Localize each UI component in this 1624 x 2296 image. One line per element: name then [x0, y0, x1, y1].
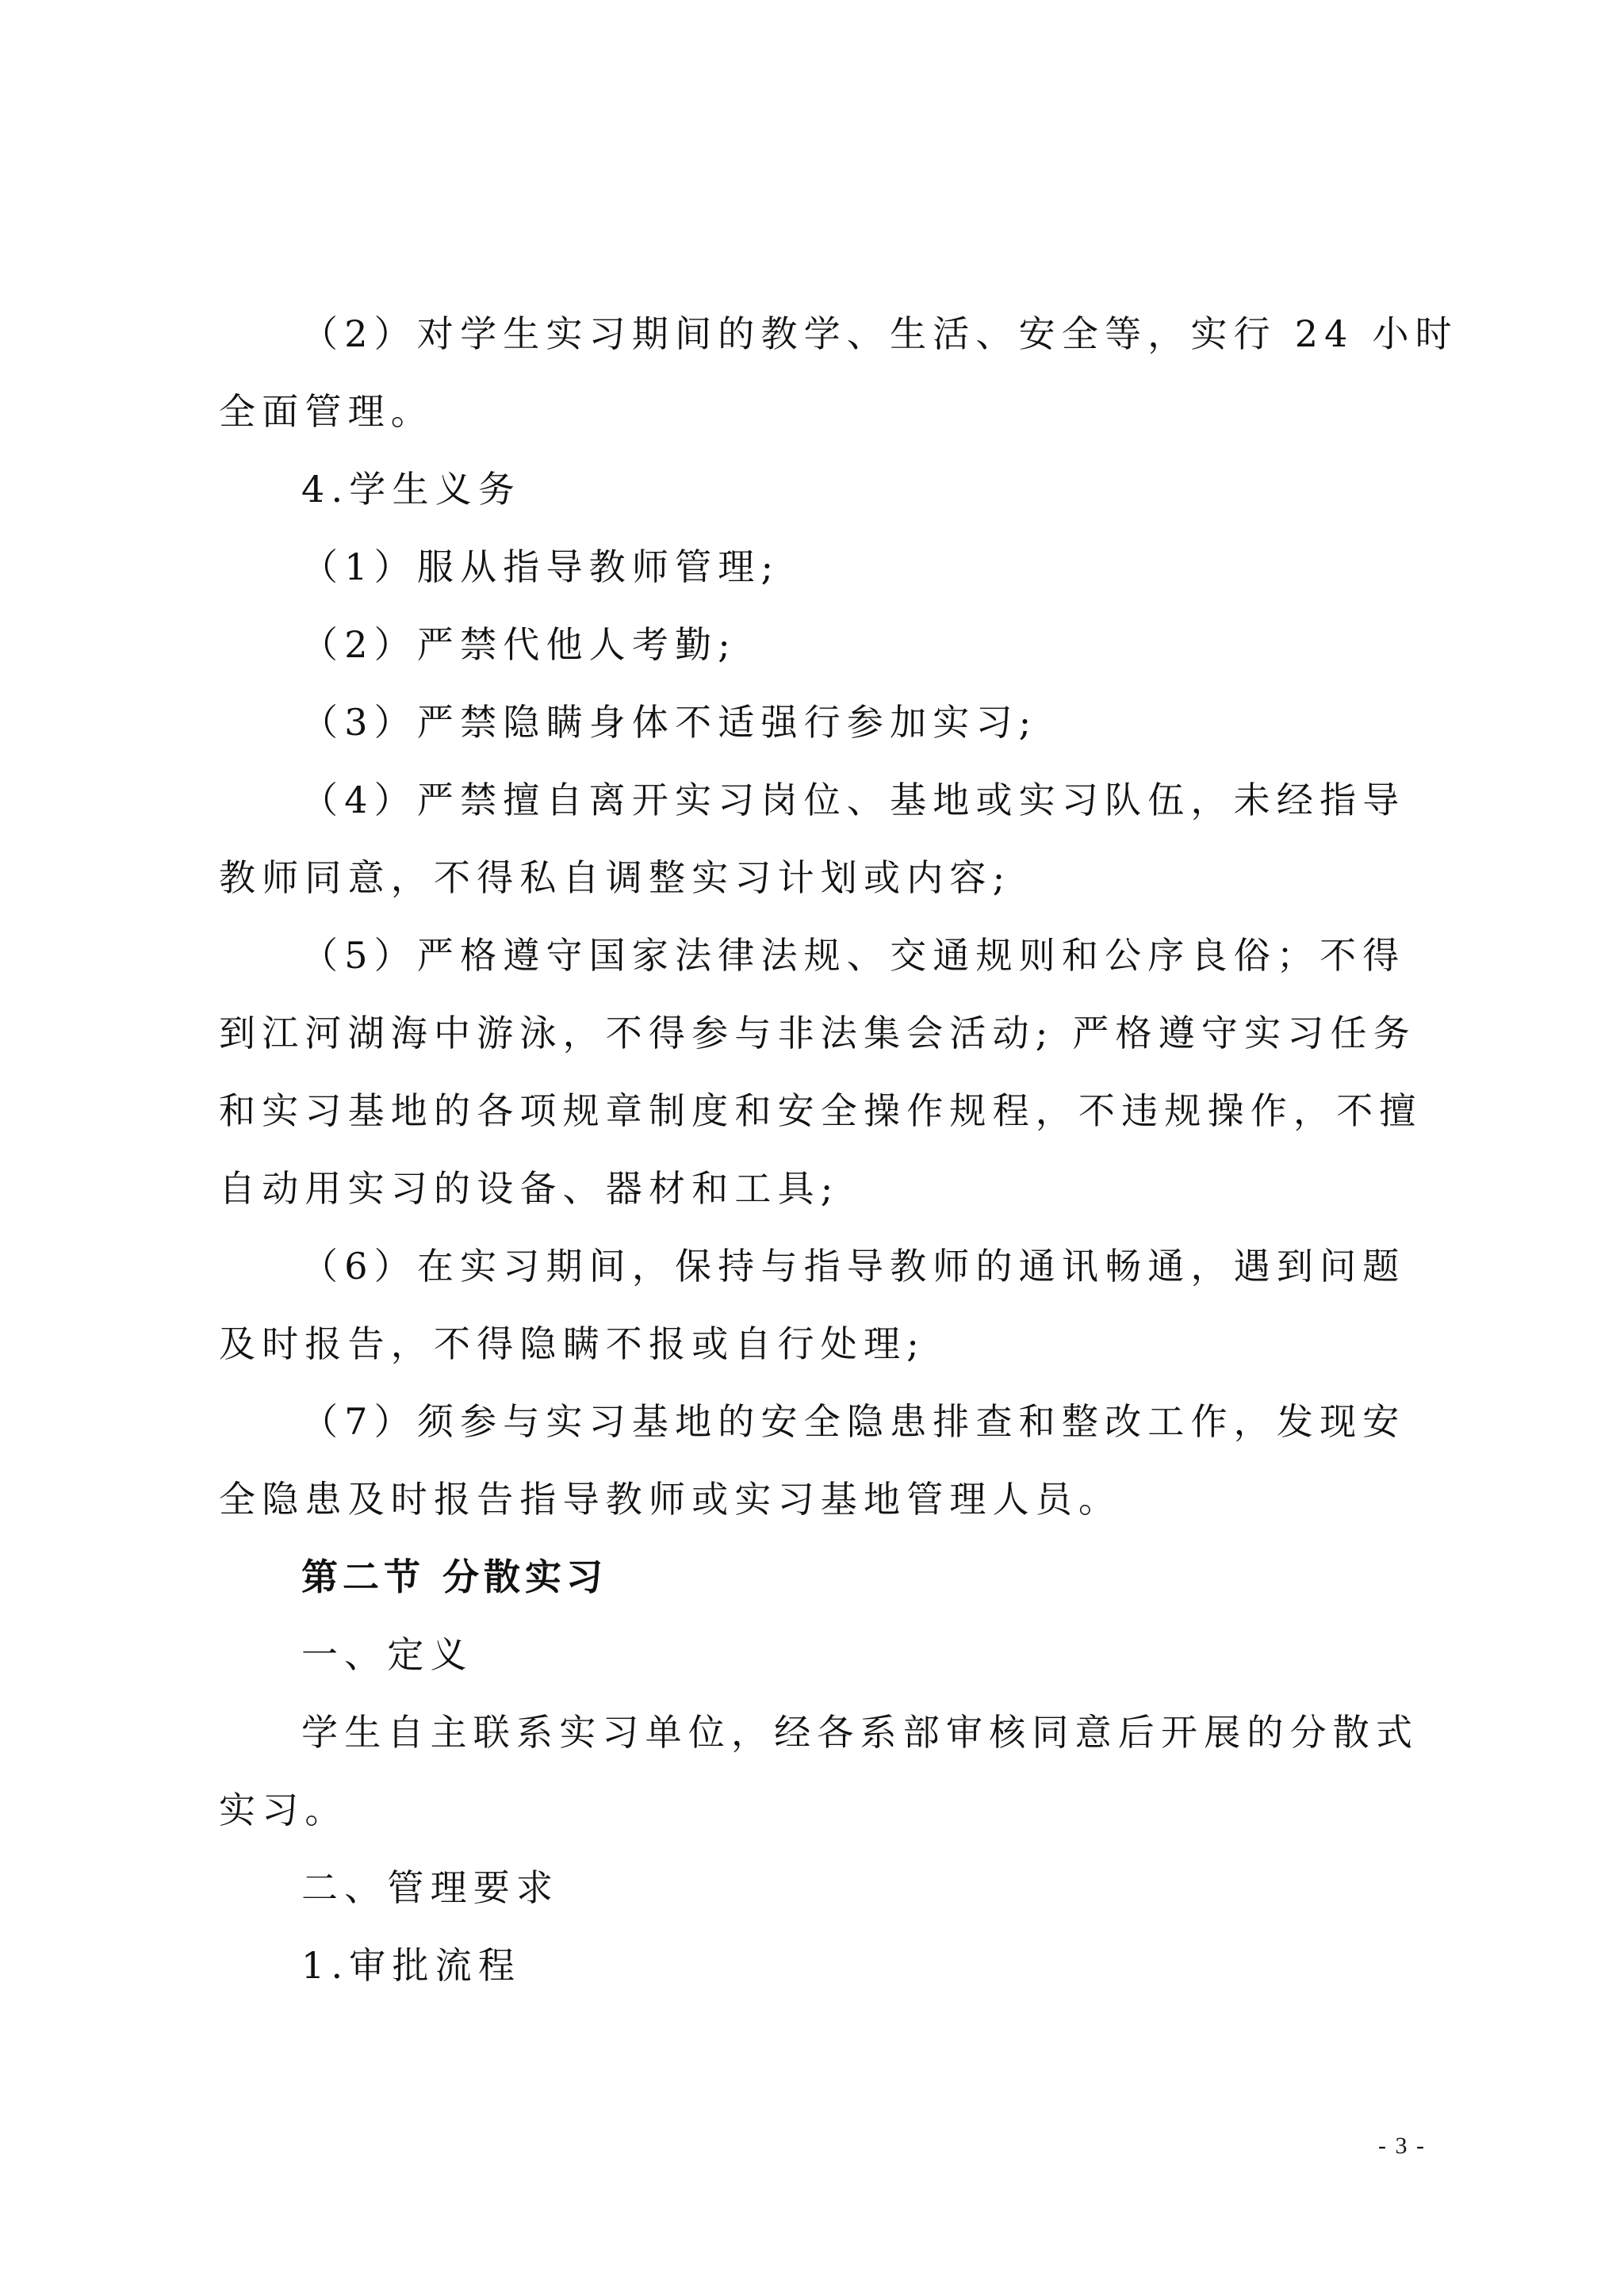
document-page: （2）对学生实习期间的教学、生活、安全等，实行 24 小时 全面管理。 4.学生… — [0, 0, 1624, 2296]
list-item-continuation: 自动用实习的设备、器材和工具; — [219, 1150, 1424, 1227]
list-item-continuation: 全隐患及时报告指导教师或实习基地管理人员。 — [219, 1460, 1424, 1538]
paragraph-line: 学生自主联系实习单位，经各系部审核同意后开展的分散式 — [219, 1693, 1424, 1771]
paragraph-line: 实习。 — [219, 1771, 1424, 1849]
list-item: （6）在实习期间，保持与指导教师的通讯畅通，遇到问题 — [219, 1227, 1424, 1305]
list-item: （1）服从指导教师管理; — [219, 528, 1424, 606]
paragraph-line: （2）对学生实习期间的教学、生活、安全等，实行 24 小时 — [219, 295, 1424, 373]
list-item: （2）严禁代他人考勤; — [219, 606, 1424, 683]
list-item-continuation: 教师同意，不得私自调整实习计划或内容; — [219, 839, 1424, 916]
subheading-definition: 一、定义 — [219, 1616, 1424, 1693]
list-item: （7）须参与实习基地的安全隐患排查和整改工作，发现安 — [219, 1383, 1424, 1460]
section-heading: 第二节 分散实习 — [219, 1538, 1424, 1616]
document-body: （2）对学生实习期间的教学、生活、安全等，实行 24 小时 全面管理。 4.学生… — [219, 295, 1424, 2004]
subheading-approval-process: 1.审批流程 — [219, 1927, 1424, 2004]
list-item-continuation: 到江河湖海中游泳，不得参与非法集会活动; 严格遵守实习任务 — [219, 994, 1424, 1072]
list-item: （5）严格遵守国家法律法规、交通规则和公序良俗；不得 — [219, 916, 1424, 994]
subheading-student-duties: 4.学生义务 — [219, 450, 1424, 528]
list-item-continuation: 及时报告，不得隐瞒不报或自行处理; — [219, 1305, 1424, 1383]
subheading-management: 二、管理要求 — [219, 1849, 1424, 1927]
paragraph-line: 全面管理。 — [219, 373, 1424, 450]
list-item: （4）严禁擅自离开实习岗位、基地或实习队伍，未经指导 — [219, 761, 1424, 839]
list-item: （3）严禁隐瞒身体不适强行参加实习; — [219, 683, 1424, 761]
page-number: - 3 - — [1378, 2133, 1426, 2160]
list-item-continuation: 和实习基地的各项规章制度和安全操作规程，不违规操作，不擅 — [219, 1072, 1424, 1150]
